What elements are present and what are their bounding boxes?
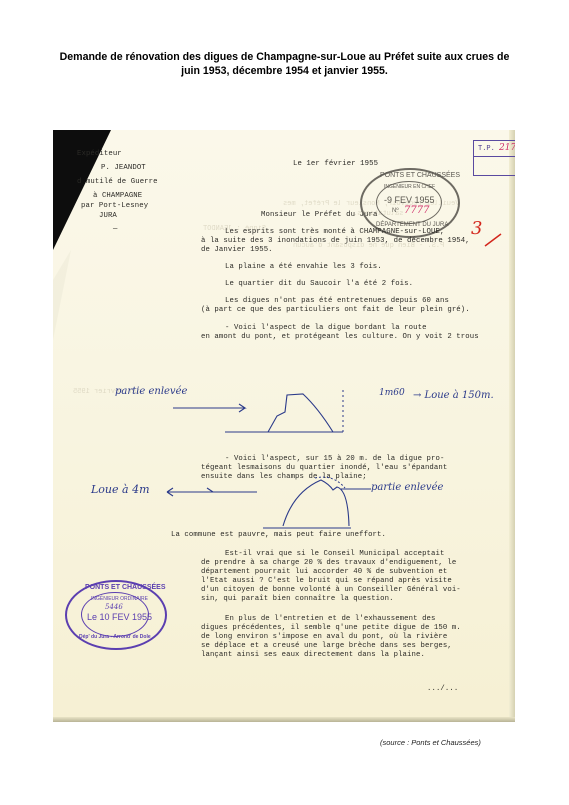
sender-label: Expéditeur <box>77 150 122 160</box>
recipient: Monsieur le Préfet du Jura <box>261 211 377 221</box>
title-line-1: Demande de rénovation des digues de Cham… <box>20 50 549 64</box>
document-title: Demande de rénovation des digues de Cham… <box>20 50 549 78</box>
sender-status: d mutilé de Guerre <box>77 178 158 188</box>
paragraph-4-line-2: (à part ce que des particuliers ont fait… <box>201 306 470 316</box>
stamp-top-text: PONTS ET CHAUSSÉES <box>380 172 460 179</box>
paragraph-3: Le quartier dit du Saucoir l'a été 2 foi… <box>225 280 413 290</box>
stamp-registration-number: 7777 <box>404 205 429 216</box>
scan-edge-bottom <box>53 717 515 722</box>
sender-dept: JURA <box>99 212 117 222</box>
paragraph-5-line-2: en amont du pont, et protégeant les cult… <box>201 333 479 343</box>
paragraph-1-line-3: de Janvier 1955. <box>201 246 273 256</box>
sender-name: P. JEANDOT <box>101 164 146 174</box>
tp-label: T.P. <box>478 145 495 153</box>
stamp-no-label: Nº <box>392 208 399 214</box>
scanned-letter: Veuillez recevoir, Monsieur le Préfet, m… <box>53 130 515 722</box>
stamp-date: -9 FEV 1955 <box>384 195 435 205</box>
paragraph-7: La commune est pauvre, mais peut faire u… <box>171 531 386 541</box>
stamp-registration-number: 5446 <box>105 603 123 611</box>
stamp-top-text: PONTS ET CHAUSSÉES <box>85 584 166 591</box>
tp-stamp: T.P. 217 <box>473 140 515 176</box>
sender-rule: — <box>113 225 117 235</box>
sender-town: à CHAMPAGNE <box>93 192 142 202</box>
stamp-sub-text: INGÉNIEUR EN CHEF <box>384 184 435 190</box>
dike-sketch-2 <box>153 470 373 540</box>
paragraph-9-line-5: lançant ainsi ses eaux directement dans … <box>201 651 425 661</box>
sketch-2-label-right: partie enlevée <box>371 482 443 493</box>
sketch-2-label-left: Loue à 4m <box>91 483 150 496</box>
source-caption: (source : Ponts et Chaussées) <box>380 738 481 747</box>
dike-sketch-1 <box>153 380 383 450</box>
red-pen-stroke <box>483 232 503 248</box>
scan-edge-right <box>509 130 515 722</box>
sketch-1-label-right: → Loue à 150m. <box>413 390 494 401</box>
continued-marker: .../... <box>427 685 458 695</box>
paragraph-8-line-6: sin, qui paraît bien connaître la questi… <box>201 595 394 605</box>
tp-number: 217 <box>499 143 515 153</box>
stamp-sub-text: INGÉNIEUR ORDINAIRE <box>91 596 148 602</box>
title-line-2: juin 1953, décembre 1954 et janvier 1955… <box>20 64 549 78</box>
stamp-date: Le 10 FEV 1955 <box>87 612 152 622</box>
ponts-chaussees-stamp-purple: PONTS ET CHAUSSÉES INGÉNIEUR ORDINAIRE 5… <box>65 580 167 650</box>
letter-date: Le 1er février 1955 <box>293 160 378 170</box>
paragraph-2: La plaine a été envahie les 3 fois. <box>225 263 382 273</box>
stamp-bottom-text: Dép' du Jura - Arrond' de Dole <box>79 634 151 640</box>
red-page-number: 3 <box>471 218 482 239</box>
sender-via: par Port-Lesney <box>81 202 148 212</box>
